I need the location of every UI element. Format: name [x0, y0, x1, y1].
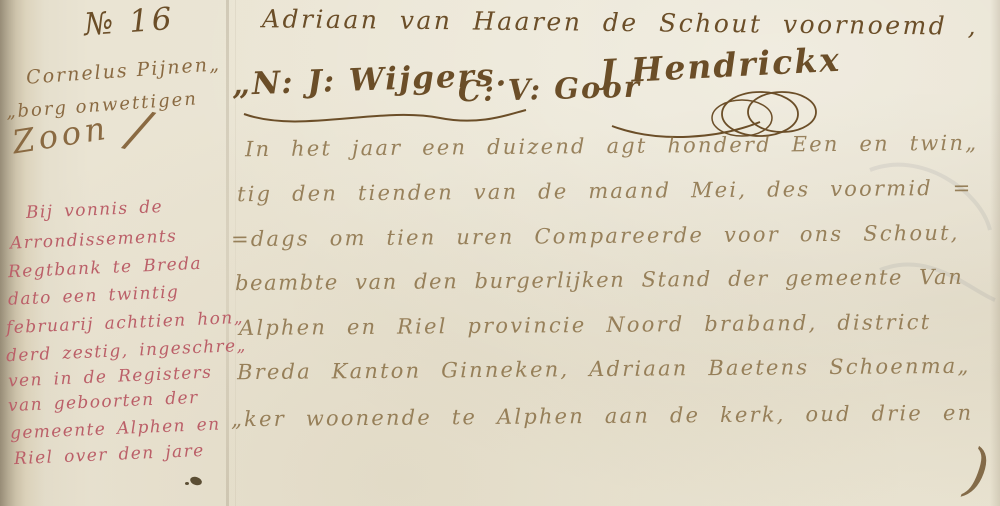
ink-blot [189, 475, 203, 486]
margin-court-note-line: Bij vonnis de [26, 197, 164, 223]
margin-court-note-line: dato een twintig [8, 282, 180, 309]
margin-court-note-line: ven in de Registers [8, 363, 213, 392]
register-page-scan: № 16 Cornelus Pijnen„ „borg onwettigen Z… [0, 0, 1000, 506]
signature-hendrickx: J Hendrickx [599, 40, 842, 92]
line-end-flourish: ) [961, 435, 994, 506]
act-number: № 16 [83, 1, 176, 43]
act-body-line: beambte van den burgerlijken Stand der g… [235, 265, 964, 295]
margin-court-note-line: Regtbank te Breda [8, 254, 203, 282]
margin-court-note-line: Arrondissements [10, 226, 178, 253]
margin-court-note-line: van geboorten der [8, 388, 199, 416]
margin-court-note-line: Riel over den jare [14, 441, 205, 469]
signature-underline-flourish [240, 104, 530, 134]
margin-court-note-line: februarij achttien hon„ [6, 308, 245, 338]
margin-fold-line [226, 0, 229, 506]
act-body-line: =dags om tien uren Compareerde voor ons … [231, 221, 960, 251]
ink-blot [185, 482, 189, 485]
act-body-line: Breda Kanton Ginneken, Adriaan Baetens S… [237, 354, 971, 384]
attestation-closing-line: Adriaan van Haaren de Schout voornoemd , [262, 4, 978, 40]
act-body-line: „ker woonende te Alphen aan de kerk, oud… [231, 401, 973, 431]
margin-name-line: Cornelus Pijnen„ [25, 53, 221, 89]
act-body-line: Alphen en Riel provincie Noord braband, … [239, 310, 931, 340]
margin-court-note-line: gemeente Alphen en [10, 414, 221, 443]
